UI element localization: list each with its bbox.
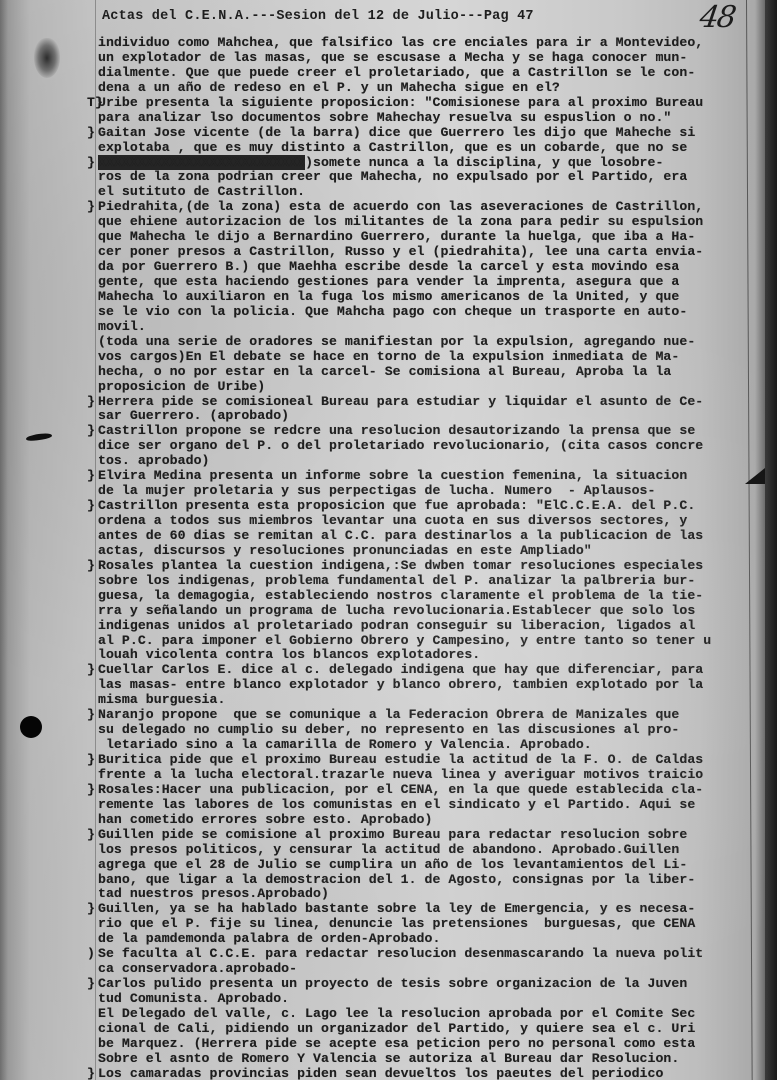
margin-bracket-mark: } <box>87 126 98 141</box>
text-line: se le vio con la policia. Que Mahcha pag… <box>98 305 765 320</box>
line-text: sobre los indigenas, problema fundamenta… <box>98 573 695 588</box>
text-line: }Naranjo propone que se comunique a la F… <box>98 708 765 723</box>
text-line: el sutituto de Castrillon. <box>98 185 765 200</box>
punch-hole <box>20 716 42 738</box>
margin-bracket-mark: } <box>87 424 98 439</box>
line-text: proposicion de Uribe) <box>98 379 265 394</box>
line-text: hecha, o no por estar en la carcel- Se c… <box>98 364 671 379</box>
line-text: Guillen pide se comisione al proximo Bur… <box>98 827 687 842</box>
text-line: dice ser organo del P. o del proletariad… <box>98 439 765 454</box>
line-text: Se faculta al C.C.E. para redactar resol… <box>98 946 703 961</box>
text-line: ros de la zona podrian creer que Mahecha… <box>98 170 765 185</box>
text-line: ca conservadora.aprobado- <box>98 962 765 977</box>
text-line: }XXXXXXXXXXXXXXXXXXXXXXXXXX)somete nunca… <box>98 156 765 171</box>
text-line: cional de Cali, pidiendo un organizador … <box>98 1022 765 1037</box>
text-line: explotaba , que es muy distinto a Castri… <box>98 141 765 156</box>
line-text: louah vicolenta contra los blancos explo… <box>98 647 480 662</box>
line-text: Herrera pide se comisioneal Bureau para … <box>98 394 703 409</box>
text-line: rio que el P. fije su linea, denuncie la… <box>98 917 765 932</box>
text-line: vos cargos)En El debate se hace en torno… <box>98 350 765 365</box>
text-line: un explotador de las masas, que se escus… <box>98 51 765 66</box>
margin-bracket-mark: } <box>87 156 98 171</box>
text-line: letariado sino a la camarilla de Romero … <box>98 738 765 753</box>
text-line: antes de 60 dias se remitan al C.C. para… <box>98 529 765 544</box>
line-text: se le vio con la policia. Que Mahcha pag… <box>98 304 687 319</box>
line-text: guesa, la demagogia, estableciendo nostr… <box>98 588 703 603</box>
text-line: agrega que el 28 de Julio se cumplira un… <box>98 858 765 873</box>
line-text: Castrillon propone se redcre una resoluc… <box>98 423 695 438</box>
line-text: rio que el P. fije su linea, denuncie la… <box>98 916 695 931</box>
text-line: de la pamdemonda palabra de orden-Aproba… <box>98 932 765 947</box>
text-line: }Rosales plantea la cuestion indigena,:S… <box>98 559 765 574</box>
text-line: rra y señalando un programa de lucha rev… <box>98 604 765 619</box>
line-text: da por Guerrero B.) que Maehha escribe d… <box>98 259 679 274</box>
text-line: Sobre el asnto de Romero Y Valencia se a… <box>98 1052 765 1067</box>
scanned-document-page: 48 Actas del C.E.N.A.---Sesion del 12 de… <box>0 0 765 1080</box>
text-line: T}Uribe presenta la siguiente proposicio… <box>98 96 765 111</box>
text-line: sobre los indigenas, problema fundamenta… <box>98 574 765 589</box>
text-line: )Se faculta al C.C.E. para redactar reso… <box>98 947 765 962</box>
text-line: misma burguesia. <box>98 693 765 708</box>
line-text: Sobre el asnto de Romero Y Valencia se a… <box>98 1051 679 1066</box>
text-line: }Rosales:Hacer una publicacion, por el C… <box>98 783 765 798</box>
margin-bracket-mark: } <box>87 200 98 215</box>
line-text: tud Comunista. Aprobado. <box>98 991 289 1006</box>
margin-bracket-mark: } <box>87 1067 98 1080</box>
line-text: Castrillon presenta esta proposicion que… <box>98 498 695 513</box>
line-text: dena a un año de redeso en el P. y un Ma… <box>98 80 560 95</box>
text-line: que ehiene autorizacion de los militante… <box>98 215 765 230</box>
line-text: (toda una serie de oradores se manifiest… <box>98 334 695 349</box>
line-text: sar Guerrero. (aprobado) <box>98 408 289 423</box>
line-text: rra y señalando un programa de lucha rev… <box>98 603 695 618</box>
margin-bracket-mark: } <box>87 499 98 514</box>
text-line: remente las labores de los comunistas en… <box>98 798 765 813</box>
line-text: tos. aprobado) <box>98 453 210 468</box>
line-text: han cometido errores sobre esto. Aprobad… <box>98 812 432 827</box>
text-line: }Piedrahita,(de la zona) esta de acuerdo… <box>98 200 765 215</box>
line-text: actas, discursos y resoluciones pronunci… <box>98 543 592 558</box>
text-line: frente a la lucha electoral.trazarle nue… <box>98 768 765 783</box>
text-line: }Los camaradas provincias piden sean dev… <box>98 1067 765 1080</box>
text-line: }Castrillon presenta esta proposicion qu… <box>98 499 765 514</box>
line-text: individuo como Mahchea, que falsifico la… <box>98 35 703 50</box>
line-text: Piedrahita,(de la zona) esta de acuerdo … <box>98 199 703 214</box>
line-text: )somete nunca a la disciplina, y que los… <box>305 155 663 170</box>
text-line: los presos politicos, y censurar la acti… <box>98 843 765 858</box>
text-line: al P.C. para imponer el Gobierno Obrero … <box>98 634 765 649</box>
line-text: que Mahecha le dijo a Bernardino Guerrer… <box>98 229 695 244</box>
line-text: Mahecha lo auxiliaron en la fuga los mis… <box>98 289 679 304</box>
line-text: que ehiene autorizacion de los militante… <box>98 214 703 229</box>
line-text: tad nuestros presos.Aprobado) <box>98 886 329 901</box>
text-line: su delegado no cumplio su deber, no repr… <box>98 723 765 738</box>
text-line: dena a un año de redeso en el P. y un Ma… <box>98 81 765 96</box>
text-line: actas, discursos y resoluciones pronunci… <box>98 544 765 559</box>
line-text: frente a la lucha electoral.trazarle nue… <box>98 767 703 782</box>
text-line: cer poner presos a Castrillon, Russo y e… <box>98 245 765 260</box>
line-text: misma burguesia. <box>98 692 225 707</box>
line-text: movil. <box>98 319 146 334</box>
margin-bracket-mark: } <box>87 902 98 917</box>
text-line: guesa, la demagogia, estableciendo nostr… <box>98 589 765 604</box>
text-line: }Herrera pide se comisioneal Bureau para… <box>98 395 765 410</box>
line-text: dice ser organo del P. o del proletariad… <box>98 438 703 453</box>
text-line: dialmente. Que que puede creer el prolet… <box>98 66 765 81</box>
line-text: Rosales plantea la cuestion indigena,:Se… <box>98 558 703 573</box>
text-line: }Elvira Medina presenta un informe sobre… <box>98 469 765 484</box>
line-text: vos cargos)En El debate se hace en torno… <box>98 349 679 364</box>
text-line: (toda una serie de oradores se manifiest… <box>98 335 765 350</box>
line-text: Cuellar Carlos E. dice al c. delegado in… <box>98 662 703 677</box>
margin-bracket-mark: } <box>87 753 98 768</box>
margin-bracket-mark: } <box>87 977 98 992</box>
line-text: Rosales:Hacer una publicacion, por el CE… <box>98 782 703 797</box>
line-text: cional de Cali, pidiendo un organizador … <box>98 1021 695 1036</box>
text-line: be Marquez. (Herrera pide se acepte esa … <box>98 1037 765 1052</box>
margin-bracket-mark: } <box>87 395 98 410</box>
line-text: be Marquez. (Herrera pide se acepte esa … <box>98 1036 695 1051</box>
margin-bracket-mark: } <box>87 828 98 843</box>
text-line: individuo como Mahchea, que falsifico la… <box>98 36 765 51</box>
text-line: El Delegado del valle, c. Lago lee la re… <box>98 1007 765 1022</box>
line-text: Guillen, ya se ha hablado bastante sobre… <box>98 901 695 916</box>
line-text: Uribe presenta la siguiente proposicion:… <box>98 95 703 110</box>
scan-edge <box>765 0 777 1080</box>
text-line: }Buritica pide que el proximo Bureau est… <box>98 753 765 768</box>
line-text: Buritica pide que el proximo Bureau estu… <box>98 752 703 767</box>
line-text: letariado sino a la camarilla de Romero … <box>98 737 592 752</box>
margin-bracket-mark: } <box>87 663 98 678</box>
text-line: }Carlos pulido presenta un proyecto de t… <box>98 977 765 992</box>
margin-bracket-mark: } <box>87 783 98 798</box>
line-text: Los camaradas provincias piden sean devu… <box>98 1066 663 1080</box>
text-line: }Cuellar Carlos E. dice al c. delegado i… <box>98 663 765 678</box>
margin-bracket-mark: ) <box>87 947 98 962</box>
text-line: }Castrillon propone se redcre una resolu… <box>98 424 765 439</box>
line-text: El Delegado del valle, c. Lago lee la re… <box>98 1006 695 1021</box>
text-line: sar Guerrero. (aprobado) <box>98 409 765 424</box>
text-line: para analizar lso documentos sobre Mahec… <box>98 111 765 126</box>
line-text: explotaba , que es muy distinto a Castri… <box>98 140 687 155</box>
line-text: el sutituto de Castrillon. <box>98 184 305 199</box>
text-line: Mahecha lo auxiliaron en la fuga los mis… <box>98 290 765 305</box>
margin-bracket-mark: } <box>87 469 98 484</box>
text-line: las masas- entre blanco explotador y bla… <box>98 678 765 693</box>
line-text: ros de la zona podrian creer que Mahecha… <box>98 169 687 184</box>
line-text: su delegado no cumplio su deber, no repr… <box>98 722 679 737</box>
minutes-body: individuo como Mahchea, que falsifico la… <box>98 36 765 1080</box>
text-line: han cometido errores sobre esto. Aprobad… <box>98 813 765 828</box>
text-line: movil. <box>98 320 765 335</box>
line-text: Carlos pulido presenta un proyecto de te… <box>98 976 687 991</box>
margin-bracket-mark: } <box>87 559 98 574</box>
margin-bracket-mark: T} <box>87 96 98 111</box>
document-header: Actas del C.E.N.A.---Sesion del 12 de Ju… <box>102 9 534 24</box>
text-line: bano, que ligar a la demostracion del 1.… <box>98 873 765 888</box>
text-line: indigenas unidos al proletariado podran … <box>98 619 765 634</box>
line-text: de la mujer proletaria y sus perpectigas… <box>98 483 655 498</box>
handwritten-page-number: 48 <box>698 0 737 35</box>
line-text: antes de 60 dias se remitan al C.C. para… <box>98 528 703 543</box>
margin-bracket-mark: } <box>87 708 98 723</box>
line-text: de la pamdemonda palabra de orden-Aproba… <box>98 931 440 946</box>
paper-tear <box>26 432 53 442</box>
text-line: tos. aprobado) <box>98 454 765 469</box>
text-line: }Guillen, ya se ha hablado bastante sobr… <box>98 902 765 917</box>
line-text: indigenas unidos al proletariado podran … <box>98 618 695 633</box>
line-text: las masas- entre blanco explotador y bla… <box>98 677 703 692</box>
line-text: ca conservadora.aprobado- <box>98 961 297 976</box>
struck-out-text: XXXXXXXXXXXXXXXXXXXXXXXXXX <box>98 155 305 170</box>
line-text: para analizar lso documentos sobre Mahec… <box>98 110 671 125</box>
line-text: cer poner presos a Castrillon, Russo y e… <box>98 244 703 259</box>
line-text: dialmente. Que que puede creer el prolet… <box>98 65 695 80</box>
line-text: bano, que ligar a la demostracion del 1.… <box>98 872 695 887</box>
text-line: de la mujer proletaria y sus perpectigas… <box>98 484 765 499</box>
line-text: Elvira Medina presenta un informe sobre … <box>98 468 687 483</box>
text-line: }Gaitan Jose vicente (de la barra) dice … <box>98 126 765 141</box>
line-text: al P.C. para imponer el Gobierno Obrero … <box>98 633 711 648</box>
text-line: hecha, o no por estar en la carcel- Se c… <box>98 365 765 380</box>
line-text: Naranjo propone que se comunique a la Fe… <box>98 707 679 722</box>
text-line: tud Comunista. Aprobado. <box>98 992 765 1007</box>
text-line: }Guillen pide se comisione al proximo Bu… <box>98 828 765 843</box>
line-text: los presos politicos, y censurar la acti… <box>98 842 679 857</box>
text-line: proposicion de Uribe) <box>98 380 765 395</box>
line-text: remente las labores de los comunistas en… <box>98 797 695 812</box>
line-text: agrega que el 28 de Julio se cumplira un… <box>98 857 687 872</box>
text-line: tad nuestros presos.Aprobado) <box>98 887 765 902</box>
line-text: Gaitan Jose vicente (de la barra) dice q… <box>98 125 695 140</box>
ink-smudge <box>34 38 60 78</box>
line-text: ordena a todos sus miembros levantar una… <box>98 513 687 528</box>
text-line: da por Guerrero B.) que Maehha escribe d… <box>98 260 765 275</box>
line-text: un explotador de las masas, que se escus… <box>98 50 687 65</box>
line-text: gente, que esta haciendo gestiones para … <box>98 274 679 289</box>
text-line: ordena a todos sus miembros levantar una… <box>98 514 765 529</box>
text-line: louah vicolenta contra los blancos explo… <box>98 648 765 663</box>
text-line: que Mahecha le dijo a Bernardino Guerrer… <box>98 230 765 245</box>
text-line: gente, que esta haciendo gestiones para … <box>98 275 765 290</box>
